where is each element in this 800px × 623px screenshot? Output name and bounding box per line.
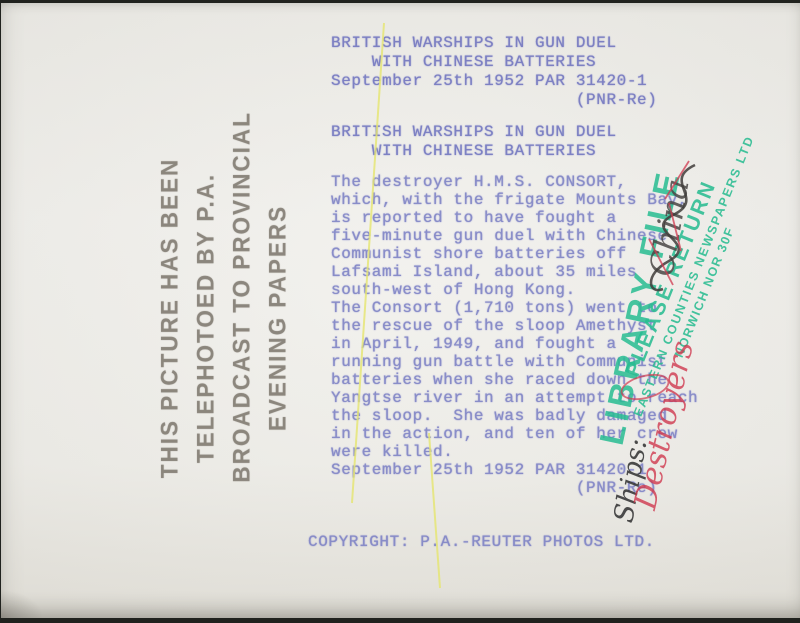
- text-line: WITH CHINESE BATTERIES: [331, 53, 657, 72]
- photo-paper-back: THIS PICTURE HAS BEENTELEPHOTOED BY P.A.…: [1, 3, 800, 618]
- typed-caption-heading-block: BRITISH WARSHIPS IN GUN DUEL WITH CHINES…: [331, 34, 657, 110]
- text-line: September 25th 1952 PAR 31420-1: [331, 72, 657, 91]
- text-line: EVENING PAPERS: [258, 153, 296, 482]
- copyright-line: COPYRIGHT: P.A.-REUTER PHOTOS LTD.: [308, 533, 655, 552]
- text-line: BROADCAST TO PROVINCIAL: [222, 153, 260, 482]
- typed-caption-repeat-heading: BRITISH WARSHIPS IN GUN DUEL WITH CHINES…: [331, 123, 617, 161]
- text-line: (PNR-Re): [331, 91, 657, 110]
- text-line: BRITISH WARSHIPS IN GUN DUEL: [331, 123, 617, 142]
- text-line: WITH CHINESE BATTERIES: [331, 142, 617, 161]
- pa-telephoto-stamp: THIS PICTURE HAS BEENTELEPHOTOED BY P.A.…: [151, 150, 295, 486]
- text-line: THIS PICTURE HAS BEEN: [150, 153, 188, 482]
- text-line: The destroyer H.M.S. CONSORT,: [331, 173, 698, 191]
- text-line: TELEPHOTOED BY P.A.: [186, 153, 224, 482]
- photo-back-scan: { "typed": { "block1": [ "BRITISH WARSHI…: [0, 0, 800, 623]
- text-line: BRITISH WARSHIPS IN GUN DUEL: [331, 34, 657, 53]
